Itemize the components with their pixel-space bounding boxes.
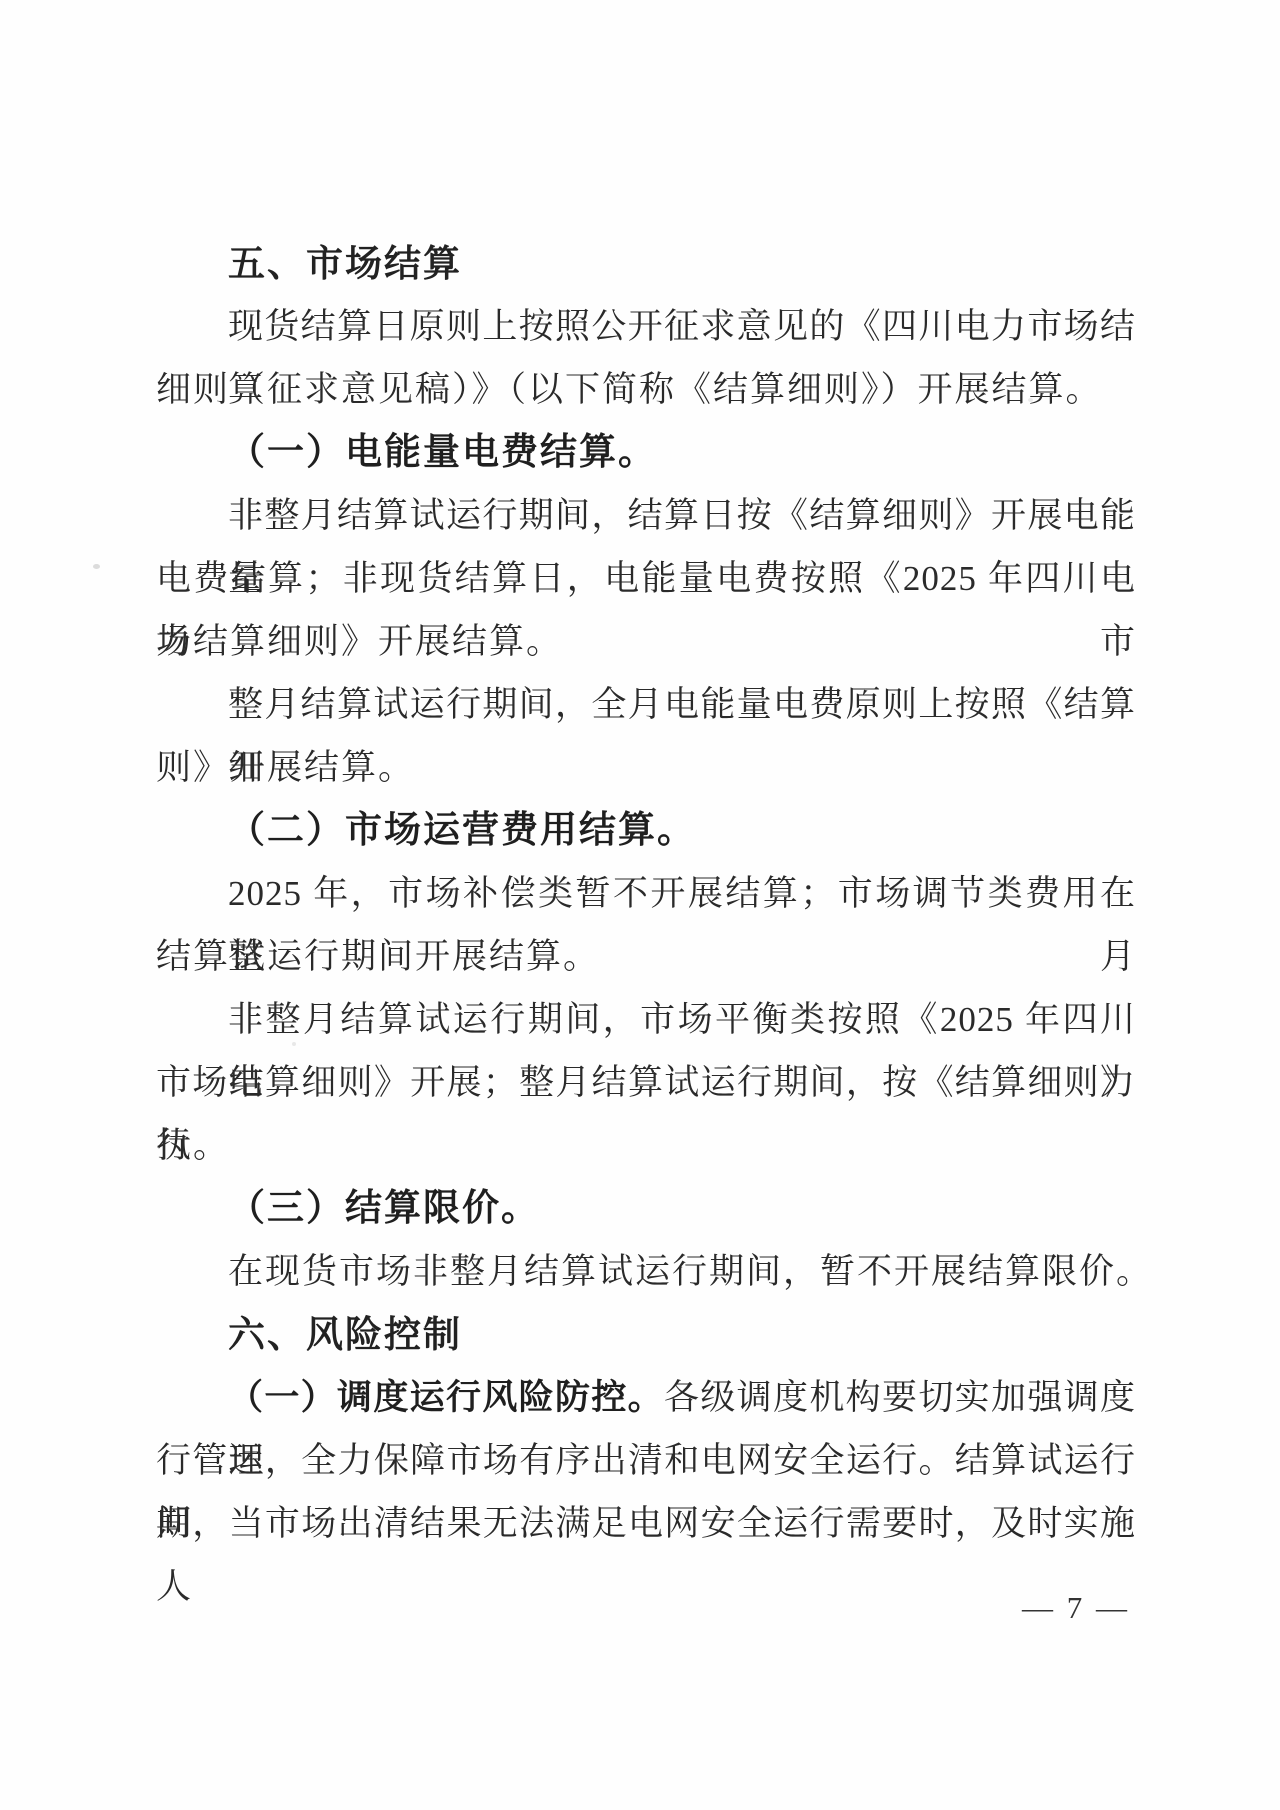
scan-artifact (1028, 398, 1033, 402)
section-heading-5: 五、市场结算 (156, 232, 1136, 295)
scan-artifact (93, 564, 100, 569)
para-line: 行管理，全力保障市场有序出清和电网安全运行。结算试运行期 (156, 1429, 1136, 1492)
para-line: 行。 (156, 1114, 1136, 1177)
scan-artifact (292, 1042, 296, 1046)
para-line: 非整月结算试运行期间，结算日按《结算细则》开展电能量 (156, 484, 1136, 547)
run-heading-bold: （一）调度运行风险防控。 (228, 1378, 664, 1417)
text-column: 五、市场结算 现货结算日原则上按照公开征求意见的《四川电力市场结算 细则（征求意… (156, 232, 1136, 1555)
para-line: 市场结算细则》开展；整月结算试运行期间，按《结算细则》执 (156, 1051, 1136, 1114)
subsection-heading-2: （二）市场运营费用结算。 (156, 799, 1136, 862)
para-line: 细则（征求意见稿）》（以下简称《结算细则》）开展结算。 (156, 358, 1136, 421)
page-number: — 7 — (1022, 1580, 1130, 1636)
document-page: 五、市场结算 现货结算日原则上按照公开征求意见的《四川电力市场结算 细则（征求意… (0, 0, 1280, 1810)
subsection-heading-3: （三）结算限价。 (156, 1177, 1136, 1240)
para-line: 间，当市场出清结果无法满足电网安全运行需要时，及时实施人 (156, 1492, 1136, 1555)
para-line-mixed: （一）调度运行风险防控。各级调度机构要切实加强调度运 (156, 1366, 1136, 1429)
para-line: 非整月结算试运行期间，市场平衡类按照《2025 年四川电力 (156, 988, 1136, 1051)
para-line: 电费结算；非现货结算日，电能量电费按照《2025 年四川电力市 (156, 547, 1136, 610)
para-line: 在现货市场非整月结算试运行期间，暂不开展结算限价。 (156, 1240, 1136, 1303)
para-line: 整月结算试运行期间，全月电能量电费原则上按照《结算细 (156, 673, 1136, 736)
section-heading-6: 六、风险控制 (156, 1303, 1136, 1366)
para-line: 则》开展结算。 (156, 736, 1136, 799)
subsection-heading-1: （一）电能量电费结算。 (156, 421, 1136, 484)
para-line: 现货结算日原则上按照公开征求意见的《四川电力市场结算 (156, 295, 1136, 358)
para-line: 2025 年，市场补偿类暂不开展结算；市场调节类费用在整月 (156, 862, 1136, 925)
